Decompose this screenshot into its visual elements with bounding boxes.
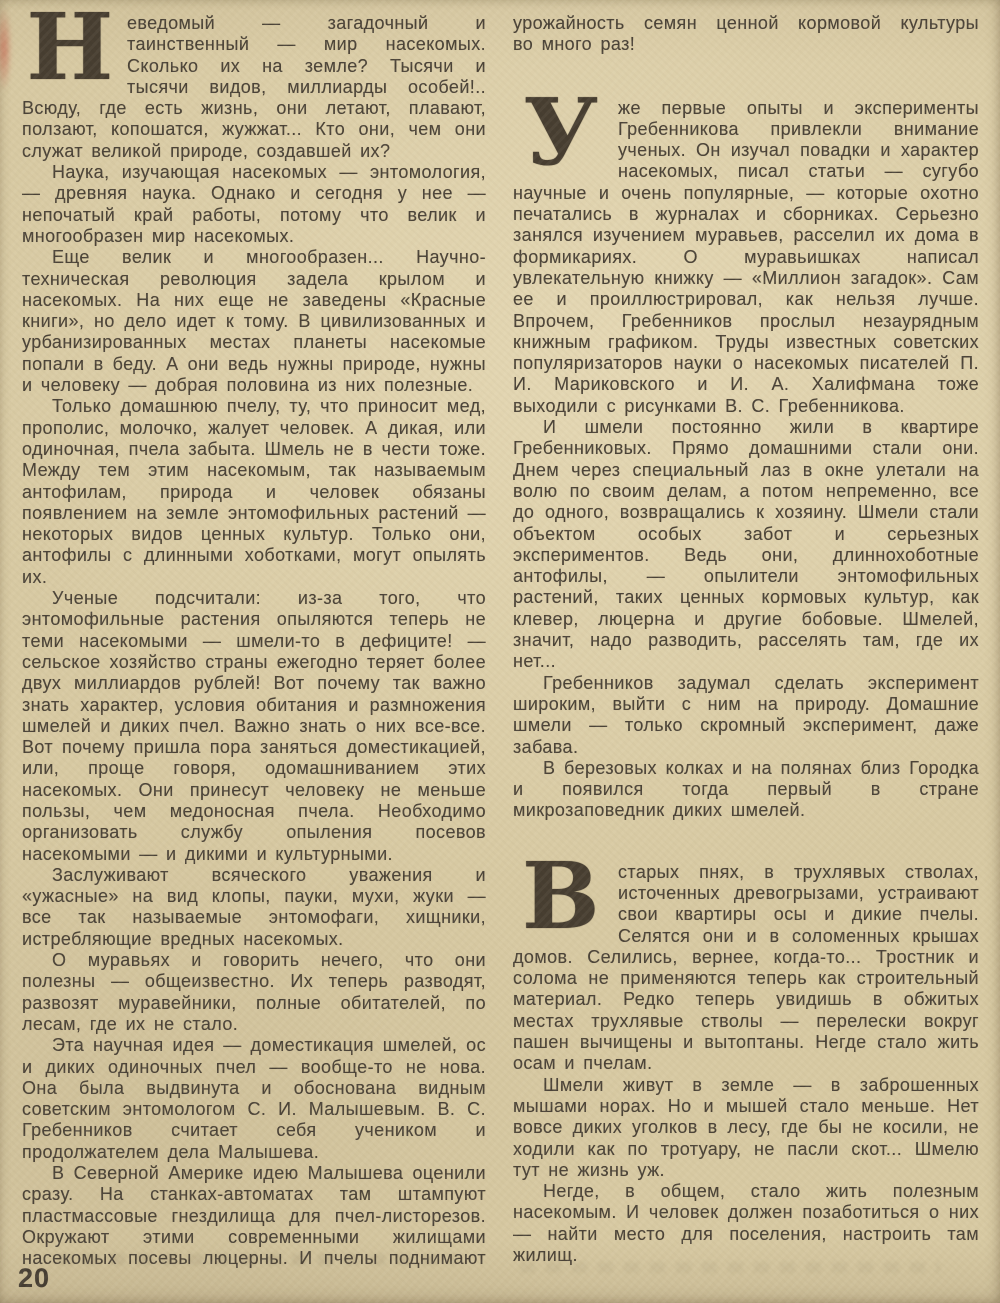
paragraph: И шмели постоянно жили в квартире Гребен…: [513, 417, 979, 673]
paragraph: В березовых колках и на полянах близ Гор…: [513, 758, 979, 822]
paragraph: В Северной Америке идею Малышева оценили…: [22, 1163, 486, 1269]
dropcap-letter-v: В: [513, 865, 609, 929]
paragraph: Неведомый — загадочный и таинственный — …: [22, 13, 486, 162]
paragraph: Заслуживают всяческого уважения и «ужасн…: [22, 865, 486, 950]
paragraph: Ученые подсчитали: из-за того, что энтом…: [22, 588, 486, 865]
paragraph: Только домашнюю пчелу, ту, что приносит …: [22, 396, 486, 588]
red-ink-smudge: [0, 6, 12, 92]
paragraph: Шмели живут в земле — в заброшенных мыша…: [513, 1075, 979, 1181]
paragraph: Наука, изучающая насекомых — энтомология…: [22, 162, 486, 247]
dropcap-letter-u: У: [513, 101, 609, 165]
paragraph: О муравьях и говорить нечего, что они по…: [22, 950, 486, 1035]
dropcap-letter-n: Н: [22, 16, 118, 80]
page-number: 20: [18, 1263, 50, 1294]
paragraph: Эта научная идея — доместикация шмелей, …: [22, 1035, 486, 1163]
paragraph: Еще велик и многообразен... Научно-техни…: [22, 247, 486, 396]
continuation-line: урожайность семян ценной кормовой культу…: [513, 13, 979, 34]
magazine-page: Неведомый — загадочный и таинственный — …: [0, 0, 1000, 1303]
paragraph: Гребенников задумал сделать эксперимент …: [513, 673, 979, 758]
right-column: урожайность семян ценной кормовой культу…: [513, 13, 979, 1266]
left-column: Неведомый — загадочный и таинственный — …: [22, 13, 486, 1270]
paragraph: Встарых пнях, в трухлявых стволах, источ…: [513, 862, 979, 1075]
paragraph: Негде, в общем, стало жить полезным насе…: [513, 1181, 979, 1266]
continuation-line: во много раз!: [513, 34, 979, 55]
paragraph: Уже первые опыты и эксперименты Гребенни…: [513, 98, 979, 417]
paragraph-continuation: урожайность семян ценной кормовой культу…: [513, 13, 979, 56]
